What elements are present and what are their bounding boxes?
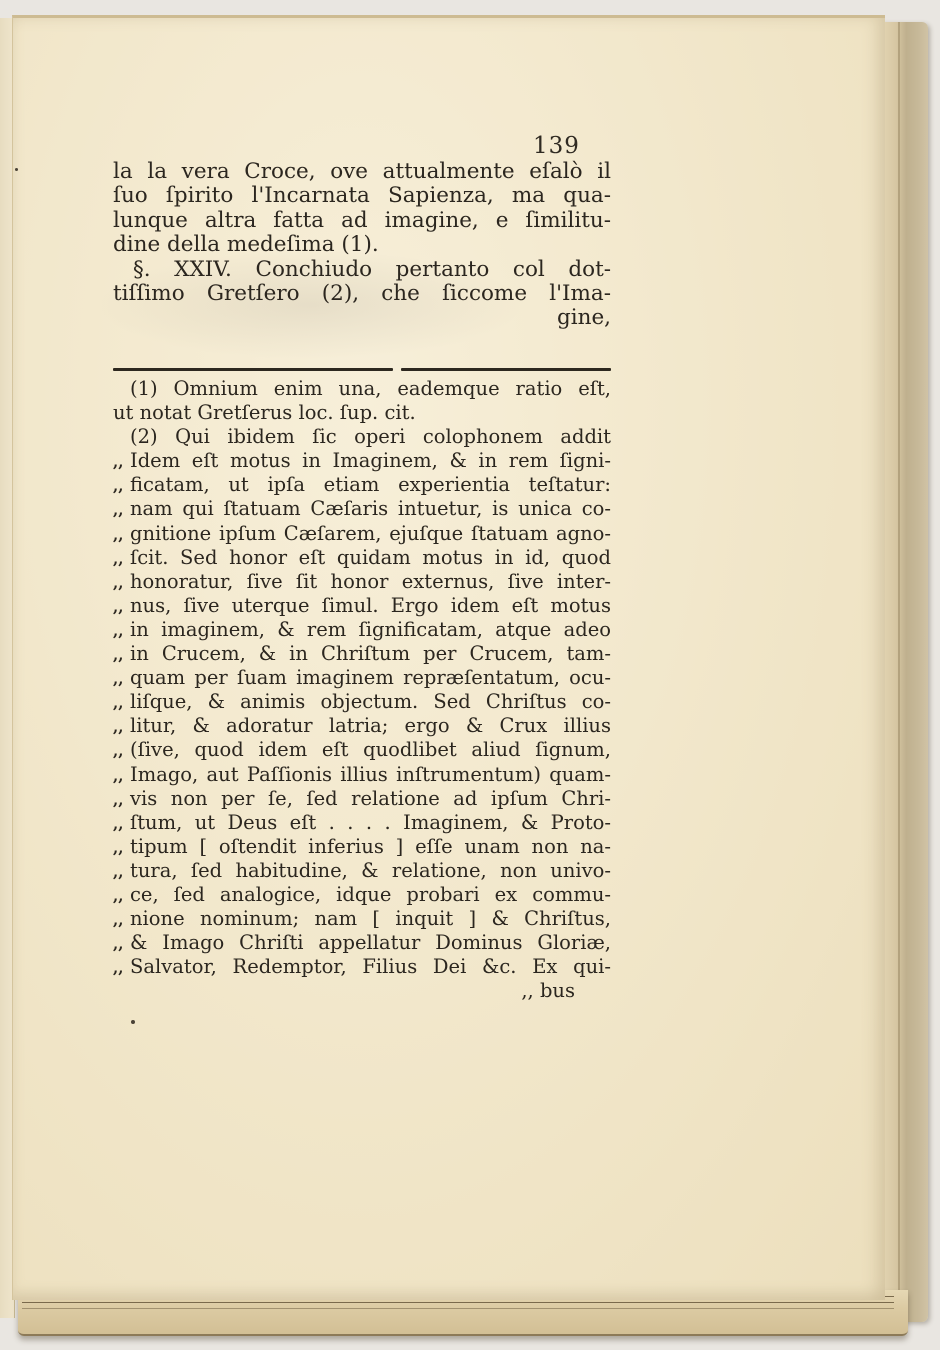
quote-mark-icon: ,, (113, 884, 130, 908)
main-text-line: tiſſimo Gretſero (2), che ſiccome l'Ima- (113, 282, 611, 306)
footnote-text: (1) Omnium enim una, eademque ratio eſt, (130, 377, 611, 401)
quote-mark-icon: ,, (113, 932, 130, 956)
page-fold (898, 22, 900, 1322)
footnote-text: ſcit. Sed honor eſt quidam motus in id, … (130, 546, 611, 570)
quote-mark-icon: ,, (113, 908, 130, 932)
footnote-line: ,,Imago, aut Paſſionis illius inſtrument… (113, 763, 611, 787)
ink-speck (131, 1020, 135, 1024)
page-edge-line (22, 1302, 894, 1303)
footnote-text: quam per ſuam imaginem repræſentatum, oc… (130, 666, 611, 690)
separator-rule-left (113, 368, 393, 371)
main-text-line: ſuo ſpirito l'Incarnata Sapienza, ma qua… (113, 184, 611, 208)
footnote-line: ,,litur, & adoratur latria; ergo & Crux … (113, 714, 611, 738)
footnote-line: ,,in imaginem, & rem ſignificatam, atque… (113, 618, 611, 642)
footnote-line: ,,Salvator, Redemptor, Filius Dei &c. Ex… (113, 955, 611, 979)
footnote-text: in Crucem, & in Chriſtum per Crucem, tam… (130, 642, 611, 666)
quote-mark-icon: ,, (113, 523, 130, 547)
footnote-text: nione nominum; nam [ inquit ] & Chriſtus… (130, 907, 611, 931)
footnote-line: ,,quam per ſuam imaginem repræſentatum, … (113, 666, 611, 690)
footnotes: (1) Omnium enim una, eademque ratio eſt,… (113, 377, 611, 1003)
footnote-text: ce, ſed analogice, idque probari ex comm… (130, 883, 611, 907)
footnote-line: ,,(ſive, quod idem eſt quodlibet aliud ſ… (113, 738, 611, 762)
separator-rule-right (401, 368, 611, 371)
quote-mark-icon: ,, (113, 498, 130, 522)
page-number: 139 (533, 133, 580, 159)
footnote-line: ,,tipum [ oſtendit inferius ] eſſe unam … (113, 835, 611, 859)
footnote-text: ut notat Gretſerus loc. ſup. cit. (113, 401, 611, 425)
footnote-line: ,,in Crucem, & in Chriſtum per Crucem, t… (113, 642, 611, 666)
quote-mark-icon: ,, (113, 764, 130, 788)
footnote-line: ,,& Imago Chriſti appellatur Dominus Glo… (113, 931, 611, 955)
footnote-text: Salvator, Redemptor, Filius Dei &c. Ex q… (130, 955, 611, 979)
footnote-text: vis non per ſe, ſed relatione ad ipſum C… (130, 787, 611, 811)
quote-mark-icon: ,, (113, 643, 130, 667)
ink-speck (15, 168, 18, 171)
footnote-text: nus, ſive uterque ſimul. Ergo idem eſt m… (130, 594, 611, 618)
quote-mark-icon: ,, (113, 691, 130, 715)
footnote-text: nam qui ſtatuam Cæſaris intuetur, is uni… (130, 497, 611, 521)
footnote-line: (2) Qui ibidem ſic operi colophonem addi… (113, 425, 611, 449)
footnote-text: (2) Qui ibidem ſic operi colophonem addi… (130, 425, 611, 449)
quote-mark-icon: ,, (113, 860, 130, 884)
footnote-catchword: ,, bus (113, 979, 611, 1003)
page-edge-line (22, 1308, 894, 1309)
footnote-line: ,,honoratur, ſive ſit honor externus, ſi… (113, 570, 611, 594)
footnote-text: Idem eſt motus in Imaginem, & in rem ſig… (130, 449, 611, 473)
footnote-text: Imago, aut Paſſionis illius inſtrumentum… (130, 763, 611, 787)
footnote-text: gnitione ipſum Cæſarem, ejuſque ſtatuam … (130, 522, 611, 546)
footnote-separator (113, 368, 611, 372)
quote-mark-icon: ,, (113, 667, 130, 691)
footnote-text: & Imago Chriſti appellatur Dominus Glori… (130, 931, 611, 955)
quote-mark-icon: ,, (113, 450, 130, 474)
quote-mark-icon: ,, (113, 619, 130, 643)
quote-mark-icon: ,, (113, 474, 130, 498)
footnote-text: liſque, & animis objectum. Sed Chriſtus … (130, 690, 611, 714)
main-text-catchword: gine, (113, 306, 611, 330)
footnote-line: ,,gnitione ipſum Cæſarem, ejuſque ſtatua… (113, 522, 611, 546)
footnote-line: ,,ſcit. Sed honor eſt quidam motus in id… (113, 546, 611, 570)
section-heading-line: §. XXIV. Conchiudo pertanto col dot- (113, 258, 611, 282)
footnote-line: ,,ſtum, ut Deus eſt . . . . Imaginem, & … (113, 811, 611, 835)
quote-mark-icon: ,, (113, 836, 130, 860)
footnote-text: ſtum, ut Deus eſt . . . . Imaginem, & Pr… (130, 811, 611, 835)
footnote-line: ,,liſque, & animis objectum. Sed Chriſtu… (113, 690, 611, 714)
footnote-line: ,,ce, ſed analogice, idque probari ex co… (113, 883, 611, 907)
footnote-text: in imaginem, & rem ſignificatam, atque a… (130, 618, 611, 642)
quote-mark-icon: ,, (113, 812, 130, 836)
main-text-line: dine della medeſima (1). (113, 233, 611, 257)
footnote-text: tura, ſed habitudine, & relatione, non u… (130, 859, 611, 883)
footnote-line: ,,Idem eſt motus in Imaginem, & in rem ſ… (113, 449, 611, 473)
quote-mark-icon: ,, (113, 715, 130, 739)
footnote-line: ,,nus, ſive uterque ſimul. Ergo idem eſt… (113, 594, 611, 618)
footnote-line: ,,tura, ſed habitudine, & relatione, non… (113, 859, 611, 883)
footnote-text: ficatam, ut ipſa etiam experientia teſta… (130, 473, 611, 497)
quote-mark-icon: ,, (113, 788, 130, 812)
footnote-line: ,,ficatam, ut ipſa etiam experientia teſ… (113, 473, 611, 497)
footnote-line: ,,vis non per ſe, ſed relatione ad ipſum… (113, 787, 611, 811)
footnote-line: ,,nam qui ſtatuam Cæſaris intuetur, is u… (113, 497, 611, 521)
footnote-text: tipum [ oſtendit inferius ] eſſe unam no… (130, 835, 611, 859)
quote-mark-icon: ,, (113, 571, 130, 595)
footnote-line: ,,nione nominum; nam [ inquit ] & Chriſt… (113, 907, 611, 931)
footnote-line: (1) Omnium enim una, eademque ratio eſt, (113, 377, 611, 401)
page-stack-right-edge (880, 22, 928, 1322)
footnote-line: ut notat Gretſerus loc. ſup. cit. (113, 401, 611, 425)
footnote-text: litur, & adoratur latria; ergo & Crux il… (130, 714, 611, 738)
quote-mark-icon: ,, (113, 595, 130, 619)
main-text: la la vera Croce, ove attualmente eſalò … (113, 160, 611, 331)
quote-mark-icon: ,, (113, 956, 130, 980)
main-text-line: la la vera Croce, ove attualmente eſalò … (113, 160, 611, 184)
quote-mark-icon: ,, (113, 547, 130, 571)
footnote-text: (ſive, quod idem eſt quodlibet aliud ſig… (130, 738, 611, 762)
footnote-text: honoratur, ſive ſit honor externus, ſive… (130, 570, 611, 594)
quote-mark-icon: ,, (113, 739, 130, 763)
main-text-line: lunque altra fatta ad imagine, e ſimilit… (113, 209, 611, 233)
